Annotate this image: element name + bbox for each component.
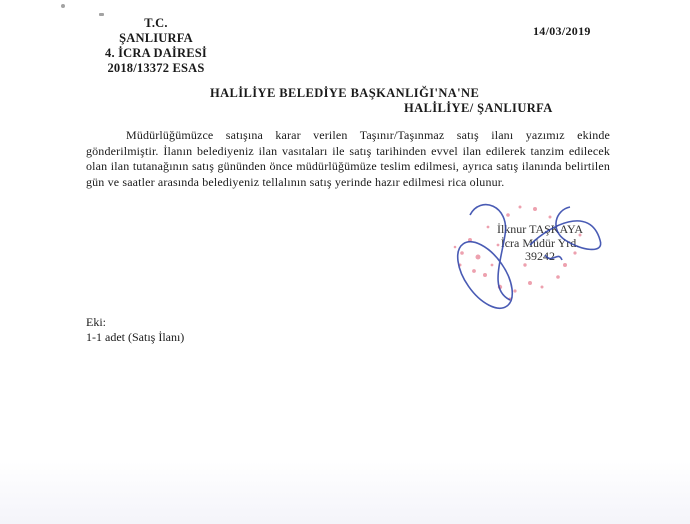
scan-speck	[61, 4, 65, 8]
header-line-city: ŞANLIURFA	[86, 31, 226, 46]
issuer-header: T.C. ŞANLIURFA 4. İCRA DAİRESİ 2018/1337…	[86, 16, 226, 76]
header-line-country: T.C.	[86, 16, 226, 31]
addressee-line-1: HALİLİYE BELEDİYE BAŞKANLIĞI'NA'NE	[210, 86, 553, 101]
header-line-case-number: 2018/13372 ESAS	[86, 61, 226, 76]
signatory-title: İcra Müdür Yrd.	[485, 237, 595, 251]
body-paragraph: Müdürlüğümüzce satışına karar verilen Ta…	[86, 128, 610, 190]
document-date: 14/03/2019	[533, 24, 591, 39]
document-page: T.C. ŞANLIURFA 4. İCRA DAİRESİ 2018/1337…	[0, 0, 690, 524]
header-line-office: 4. İCRA DAİRESİ	[86, 46, 226, 61]
attachments-block: Eki: 1-1 adet (Satış İlanı)	[86, 315, 184, 345]
signature-block: İlknur TAŞKAYA İcra Müdür Yrd. 39242	[485, 223, 595, 264]
addressee-block: HALİLİYE BELEDİYE BAŞKANLIĞI'NA'NE HALİL…	[210, 86, 553, 116]
signatory-name: İlknur TAŞKAYA	[485, 223, 595, 237]
addressee-line-2: HALİLİYE/ ŞANLIURFA	[210, 101, 553, 116]
attachment-item: 1-1 adet (Satış İlanı)	[86, 330, 184, 345]
attachments-label: Eki:	[86, 315, 184, 330]
signatory-number: 39242	[485, 250, 595, 264]
